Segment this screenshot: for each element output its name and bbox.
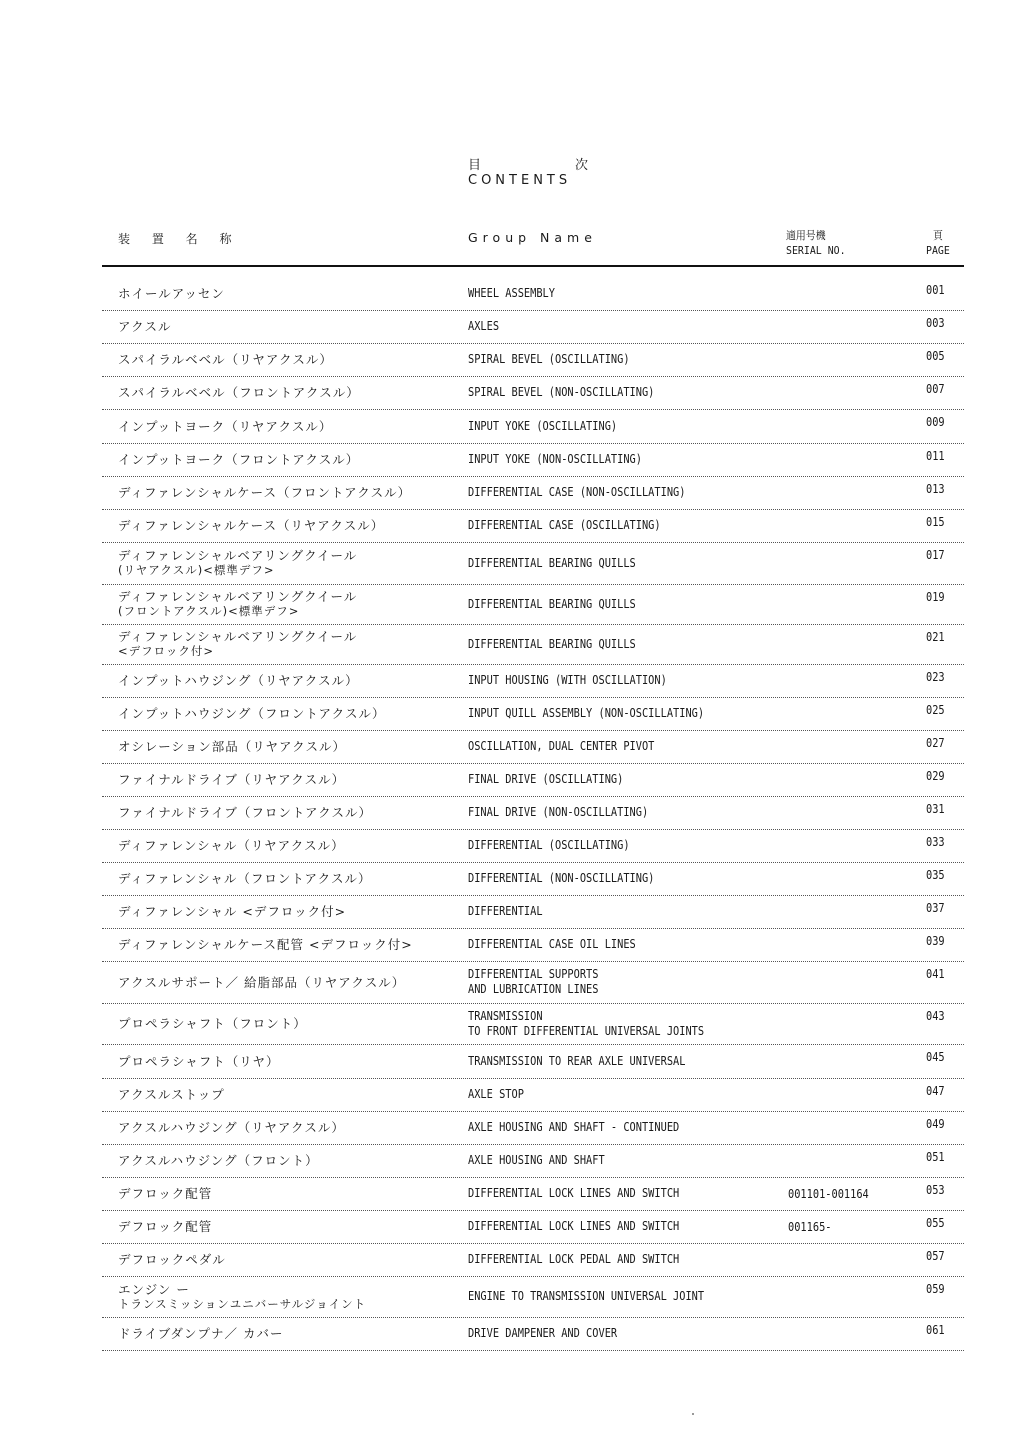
row-group-name: DIFFERENTIAL LOCK LINES AND SWITCH <box>468 1177 743 1210</box>
group-name-line1: INPUT HOUSING (WITH OSCILLATION) <box>468 673 743 688</box>
row-page-link[interactable]: 029 <box>926 763 952 796</box>
jp-name-line1: アクスルハウジング（フロント） <box>118 1153 458 1168</box>
row-serial-no <box>788 895 891 928</box>
row-japanese-name: オシレーション部品（リヤアクスル） <box>118 730 458 763</box>
table-row: エンジン ートランスミッションユニバーサルジョイントENGINE TO TRAN… <box>102 1276 964 1318</box>
row-japanese-name: ディファレンシャル（リヤアクスル） <box>118 829 458 862</box>
row-page-link[interactable]: 045 <box>926 1044 952 1078</box>
table-row: ディファレンシャル <デフロック付>DIFFERENTIAL037 <box>102 895 964 929</box>
row-japanese-name: ディファレンシャルケース配管 <デフロック付> <box>118 928 458 961</box>
table-row: インプットヨーク（フロントアクスル）INPUT YOKE (NON-OSCILL… <box>102 443 964 477</box>
table-row: ホイールアッセンWHEEL ASSEMBLY001 <box>102 277 964 311</box>
group-name-line1: TRANSMISSION TO REAR AXLE UNIVERSAL <box>468 1054 743 1069</box>
row-group-name: INPUT HOUSING (WITH OSCILLATION) <box>468 664 743 697</box>
table-row: ディファレンシャル（リヤアクスル）DIFFERENTIAL (OSCILLATI… <box>102 829 964 863</box>
table-row: スパイラルベベル（フロントアクスル）SPIRAL BEVEL (NON-OSCI… <box>102 376 964 410</box>
row-page-link[interactable]: 005 <box>926 343 952 376</box>
group-name-line1: DIFFERENTIAL LOCK PEDAL AND SWITCH <box>468 1252 743 1267</box>
group-name-line1: DIFFERENTIAL SUPPORTS <box>468 967 743 982</box>
row-page-link[interactable]: 025 <box>926 697 952 730</box>
table-row: インプットハウジング（リヤアクスル）INPUT HOUSING (WITH OS… <box>102 664 964 698</box>
row-group-name: WHEEL ASSEMBLY <box>468 277 743 310</box>
row-serial-no <box>788 1111 891 1144</box>
header-rule <box>102 265 964 267</box>
row-serial-no <box>788 476 891 509</box>
group-name-line1: ENGINE TO TRANSMISSION UNIVERSAL JOINT <box>468 1289 743 1304</box>
group-name-line1: TRANSMISSION <box>468 1009 743 1024</box>
group-name-line1: AXLE STOP <box>468 1087 743 1102</box>
table-row: プロペラシャフト（リヤ）TRANSMISSION TO REAR AXLE UN… <box>102 1044 964 1079</box>
jp-name-line1: ディファレンシャルケース（リヤアクスル） <box>118 518 458 533</box>
row-japanese-name: ファイナルドライブ（フロントアクスル） <box>118 796 458 829</box>
group-name-line1: DIFFERENTIAL BEARING QUILLS <box>468 597 743 612</box>
row-group-name: DIFFERENTIAL CASE (OSCILLATING) <box>468 509 743 542</box>
group-name-line1: DIFFERENTIAL LOCK LINES AND SWITCH <box>468 1186 743 1201</box>
table-row: プロペラシャフト（フロント）TRANSMISSIONTO FRONT DIFFE… <box>102 1003 964 1045</box>
row-group-name: DIFFERENTIAL (NON-OSCILLATING) <box>468 862 743 895</box>
row-page-link[interactable]: 039 <box>926 928 952 961</box>
jp-name-line1: デフロック配管 <box>118 1186 458 1201</box>
table-row: アクスルストップAXLE STOP047 <box>102 1078 964 1112</box>
jp-name-line1: エンジン ー <box>118 1282 458 1297</box>
row-group-name: AXLE HOUSING AND SHAFT <box>468 1144 743 1177</box>
table-row: ファイナルドライブ（リヤアクスル）FINAL DRIVE (OSCILLATIN… <box>102 763 964 797</box>
page-header-en: PAGE <box>926 243 950 258</box>
row-japanese-name: ディファレンシャルベアリングクイール(リヤアクスル)<標準デフ> <box>118 542 458 584</box>
jp-name-line1: ディファレンシャルベアリングクイール <box>118 589 458 604</box>
table-row: ディファレンシャルケース配管 <デフロック付>DIFFERENTIAL CASE… <box>102 928 964 962</box>
table-row: アクスルAXLES003 <box>102 310 964 344</box>
jp-name-line1: ディファレンシャルベアリングクイール <box>118 548 458 563</box>
table-row: デフロック配管DIFFERENTIAL LOCK LINES AND SWITC… <box>102 1210 964 1244</box>
group-name-line1: WHEEL ASSEMBLY <box>468 286 743 301</box>
row-page-link[interactable]: 051 <box>926 1144 952 1177</box>
row-page-link[interactable]: 001 <box>926 277 952 310</box>
table-row: アクスルハウジング（フロント）AXLE HOUSING AND SHAFT051 <box>102 1144 964 1178</box>
row-page-link[interactable]: 043 <box>926 1003 952 1044</box>
group-name-line2: AND LUBRICATION LINES <box>468 982 743 997</box>
row-page-link[interactable]: 015 <box>926 509 952 542</box>
row-serial-no <box>788 763 891 796</box>
row-serial-no <box>788 1276 891 1317</box>
jp-name-line1: アクスルサポート／ 給脂部品（リヤアクスル） <box>118 975 458 990</box>
group-name-line1: DIFFERENTIAL BEARING QUILLS <box>468 637 743 652</box>
row-group-name: DIFFERENTIAL (OSCILLATING) <box>468 829 743 862</box>
row-group-name: DIFFERENTIAL CASE (NON-OSCILLATING) <box>468 476 743 509</box>
title-jp-left: 目 <box>468 154 481 173</box>
group-name-line1: DRIVE DAMPENER AND COVER <box>468 1326 743 1341</box>
row-japanese-name: ディファレンシャルベアリングクイール<デフロック付> <box>118 624 458 664</box>
row-serial-no <box>788 409 891 443</box>
jp-name-line2: <デフロック付> <box>118 644 458 659</box>
jp-name-line1: ディファレンシャルケース（フロントアクスル） <box>118 485 458 500</box>
serial-header-en: SERIAL NO. <box>786 243 846 258</box>
row-page-link[interactable]: 041 <box>926 961 952 1003</box>
row-page-link[interactable]: 027 <box>926 730 952 763</box>
row-group-name: DIFFERENTIAL LOCK LINES AND SWITCH <box>468 1210 743 1243</box>
table-row: スパイラルベベル（リヤアクスル）SPIRAL BEVEL (OSCILLATIN… <box>102 343 964 377</box>
row-serial-no <box>788 1044 891 1078</box>
row-japanese-name: ディファレンシャルベアリングクイール(フロントアクスル)<標準デフ> <box>118 584 458 624</box>
row-japanese-name: デフロックペダル <box>118 1243 458 1276</box>
row-serial-no <box>788 862 891 895</box>
row-japanese-name: インプットヨーク（リヤアクスル） <box>118 409 458 443</box>
title-japanese: 目 次 <box>468 154 588 173</box>
jp-name-line1: ディファレンシャル（フロントアクスル） <box>118 871 458 886</box>
row-group-name: FINAL DRIVE (OSCILLATING) <box>468 763 743 796</box>
table-row: ドライブダンプナ／ カバーDRIVE DAMPENER AND COVER061 <box>102 1317 964 1351</box>
row-serial-no <box>788 829 891 862</box>
column-header-serial: 適用号機 SERIAL NO. <box>786 228 846 258</box>
row-japanese-name: アクスルハウジング（フロント） <box>118 1144 458 1177</box>
jp-name-line2: (リヤアクスル)<標準デフ> <box>118 563 458 578</box>
jp-name-line1: インプットハウジング（フロントアクスル） <box>118 706 458 721</box>
table-row: インプットハウジング（フロントアクスル）INPUT QUILL ASSEMBLY… <box>102 697 964 731</box>
table-row: オシレーション部品（リヤアクスル）OSCILLATION, DUAL CENTE… <box>102 730 964 764</box>
group-name-line1: SPIRAL BEVEL (NON-OSCILLATING) <box>468 385 743 400</box>
row-serial-no: 001165- <box>788 1210 891 1243</box>
row-page-link[interactable]: 047 <box>926 1078 952 1111</box>
row-serial-no <box>788 376 891 409</box>
table-row: アクスルサポート／ 給脂部品（リヤアクスル）DIFFERENTIAL SUPPO… <box>102 961 964 1004</box>
table-row: ファイナルドライブ（フロントアクスル）FINAL DRIVE (NON-OSCI… <box>102 796 964 830</box>
scan-speck <box>692 1413 694 1415</box>
table-row: インプットヨーク（リヤアクスル）INPUT YOKE (OSCILLATING)… <box>102 409 964 444</box>
table-row: デフロック配管DIFFERENTIAL LOCK LINES AND SWITC… <box>102 1177 964 1211</box>
row-japanese-name: ファイナルドライブ（リヤアクスル） <box>118 763 458 796</box>
table-row: ディファレンシャルケース（リヤアクスル）DIFFERENTIAL CASE (O… <box>102 509 964 543</box>
jp-name-line1: インプットハウジング（リヤアクスル） <box>118 673 458 688</box>
row-japanese-name: インプットハウジング（フロントアクスル） <box>118 697 458 730</box>
row-japanese-name: インプットヨーク（フロントアクスル） <box>118 443 458 476</box>
jp-name-line1: プロペラシャフト（リヤ） <box>118 1054 458 1069</box>
row-serial-no <box>788 664 891 697</box>
row-serial-no <box>788 542 891 584</box>
jp-name-line1: アクスルストップ <box>118 1087 458 1102</box>
row-group-name: AXLE HOUSING AND SHAFT - CONTINUED <box>468 1111 743 1144</box>
row-japanese-name: エンジン ートランスミッションユニバーサルジョイント <box>118 1276 458 1317</box>
row-group-name: OSCILLATION, DUAL CENTER PIVOT <box>468 730 743 763</box>
row-page-link[interactable]: 033 <box>926 829 952 862</box>
row-group-name: SPIRAL BEVEL (NON-OSCILLATING) <box>468 376 743 409</box>
row-page-link[interactable]: 019 <box>926 584 952 624</box>
group-name-line1: DIFFERENTIAL <box>468 904 743 919</box>
row-page-link[interactable]: 037 <box>926 895 952 928</box>
page-header-jp: 頁 <box>926 228 950 243</box>
row-japanese-name: アクスルストップ <box>118 1078 458 1111</box>
jp-name-line1: オシレーション部品（リヤアクスル） <box>118 739 458 754</box>
page-title: CONTENTS <box>468 173 571 188</box>
row-serial-no <box>788 928 891 961</box>
jp-name-line1: ディファレンシャル（リヤアクスル） <box>118 838 458 853</box>
group-name-line1: DIFFERENTIAL LOCK LINES AND SWITCH <box>468 1219 743 1234</box>
jp-name-line2: (フロントアクスル)<標準デフ> <box>118 604 458 619</box>
row-japanese-name: デフロック配管 <box>118 1177 458 1210</box>
row-group-name: INPUT YOKE (OSCILLATING) <box>468 409 743 443</box>
row-serial-no <box>788 961 891 1003</box>
jp-name-line1: ディファレンシャルケース配管 <デフロック付> <box>118 937 458 952</box>
group-name-line1: FINAL DRIVE (NON-OSCILLATING) <box>468 805 743 820</box>
row-group-name: DIFFERENTIAL SUPPORTSAND LUBRICATION LIN… <box>468 961 743 1003</box>
group-name-line2: TO FRONT DIFFERENTIAL UNIVERSAL JOINTS <box>468 1024 743 1039</box>
group-name-line1: SPIRAL BEVEL (OSCILLATING) <box>468 352 743 367</box>
row-group-name: DIFFERENTIAL BEARING QUILLS <box>468 542 743 584</box>
jp-name-line1: スパイラルベベル（フロントアクスル） <box>118 385 458 400</box>
jp-name-line1: ファイナルドライブ（フロントアクスル） <box>118 805 458 820</box>
row-group-name: TRANSMISSION TO REAR AXLE UNIVERSAL <box>468 1044 743 1078</box>
row-page-link[interactable]: 011 <box>926 443 952 476</box>
group-name-line1: AXLES <box>468 319 743 334</box>
table-row: ディファレンシャル（フロントアクスル）DIFFERENTIAL (NON-OSC… <box>102 862 964 896</box>
row-page-link[interactable]: 055 <box>926 1210 952 1243</box>
table-row: ディファレンシャルベアリングクイール(フロントアクスル)<標準デフ>DIFFER… <box>102 584 964 625</box>
table-row: デフロックペダルDIFFERENTIAL LOCK PEDAL AND SWIT… <box>102 1243 964 1277</box>
table-row: ディファレンシャルベアリングクイール<デフロック付>DIFFERENTIAL B… <box>102 624 964 665</box>
jp-name-line1: ディファレンシャル <デフロック付> <box>118 904 458 919</box>
row-serial-no: 001101-001164 <box>788 1177 891 1210</box>
row-page-link[interactable]: 007 <box>926 376 952 409</box>
row-japanese-name: スパイラルベベル（フロントアクスル） <box>118 376 458 409</box>
row-japanese-name: ドライブダンプナ／ カバー <box>118 1317 458 1350</box>
row-serial-no <box>788 796 891 829</box>
row-serial-no <box>788 343 891 376</box>
row-group-name: ENGINE TO TRANSMISSION UNIVERSAL JOINT <box>468 1276 743 1317</box>
column-header-page: 頁 PAGE <box>926 228 950 258</box>
row-page-link[interactable]: 023 <box>926 664 952 697</box>
jp-name-line1: アクスルハウジング（リヤアクスル） <box>118 1120 458 1135</box>
row-group-name: FINAL DRIVE (NON-OSCILLATING) <box>468 796 743 829</box>
row-page-link[interactable]: 061 <box>926 1317 952 1350</box>
row-page-link[interactable]: 059 <box>926 1276 952 1317</box>
jp-name-line2: トランスミッションユニバーサルジョイント <box>118 1297 458 1312</box>
row-page-link[interactable]: 035 <box>926 862 952 895</box>
row-group-name: DRIVE DAMPENER AND COVER <box>468 1317 743 1350</box>
row-group-name: DIFFERENTIAL <box>468 895 743 928</box>
row-group-name: AXLE STOP <box>468 1078 743 1111</box>
row-group-name: INPUT YOKE (NON-OSCILLATING) <box>468 443 743 476</box>
row-group-name: DIFFERENTIAL BEARING QUILLS <box>468 584 743 624</box>
row-page-link[interactable]: 031 <box>926 796 952 829</box>
column-header-jp-name: 装 置 名 称 <box>118 230 240 247</box>
group-name-line1: DIFFERENTIAL CASE (NON-OSCILLATING) <box>468 485 743 500</box>
row-group-name: DIFFERENTIAL LOCK PEDAL AND SWITCH <box>468 1243 743 1276</box>
row-serial-no <box>788 1144 891 1177</box>
row-serial-no <box>788 730 891 763</box>
row-serial-no <box>788 584 891 624</box>
row-japanese-name: ディファレンシャル（フロントアクスル） <box>118 862 458 895</box>
jp-name-line1: ホイールアッセン <box>118 286 458 301</box>
row-page-link[interactable]: 013 <box>926 476 952 509</box>
row-japanese-name: インプットハウジング（リヤアクスル） <box>118 664 458 697</box>
row-japanese-name: ホイールアッセン <box>118 277 458 310</box>
row-japanese-name: スパイラルベベル（リヤアクスル） <box>118 343 458 376</box>
group-name-line1: OSCILLATION, DUAL CENTER PIVOT <box>468 739 743 754</box>
row-page-link[interactable]: 057 <box>926 1243 952 1276</box>
group-name-line1: FINAL DRIVE (OSCILLATING) <box>468 772 743 787</box>
jp-name-line1: プロペラシャフト（フロント） <box>118 1016 458 1031</box>
row-serial-no <box>788 1078 891 1111</box>
jp-name-line1: アクスル <box>118 319 458 334</box>
row-japanese-name: ディファレンシャルケース（フロントアクスル） <box>118 476 458 509</box>
group-name-line1: DIFFERENTIAL (NON-OSCILLATING) <box>468 871 743 886</box>
row-japanese-name: プロペラシャフト（フロント） <box>118 1003 458 1044</box>
row-page-link[interactable]: 003 <box>926 310 952 343</box>
row-japanese-name: ディファレンシャルケース（リヤアクスル） <box>118 509 458 542</box>
group-name-line1: INPUT QUILL ASSEMBLY (NON-OSCILLATING) <box>468 706 743 721</box>
row-serial-no <box>788 277 891 310</box>
jp-name-line1: デフロック配管 <box>118 1219 458 1234</box>
row-page-link[interactable]: 009 <box>926 409 952 443</box>
group-name-line1: INPUT YOKE (OSCILLATING) <box>468 419 743 434</box>
group-name-line1: DIFFERENTIAL BEARING QUILLS <box>468 556 743 571</box>
row-japanese-name: ディファレンシャル <デフロック付> <box>118 895 458 928</box>
table-row: ディファレンシャルベアリングクイール(リヤアクスル)<標準デフ>DIFFEREN… <box>102 542 964 585</box>
row-serial-no <box>788 443 891 476</box>
serial-header-jp: 適用号機 <box>786 228 846 243</box>
row-page-link[interactable]: 021 <box>926 624 952 664</box>
jp-name-line1: ドライブダンプナ／ カバー <box>118 1326 458 1341</box>
row-serial-no <box>788 1243 891 1276</box>
row-group-name: AXLES <box>468 310 743 343</box>
jp-name-line1: ディファレンシャルベアリングクイール <box>118 629 458 644</box>
group-name-line1: AXLE HOUSING AND SHAFT <box>468 1153 743 1168</box>
jp-name-line1: デフロックペダル <box>118 1252 458 1267</box>
row-group-name: INPUT QUILL ASSEMBLY (NON-OSCILLATING) <box>468 697 743 730</box>
group-name-line1: DIFFERENTIAL (OSCILLATING) <box>468 838 743 853</box>
row-serial-no <box>788 697 891 730</box>
row-japanese-name: アクスルサポート／ 給脂部品（リヤアクスル） <box>118 961 458 1003</box>
row-japanese-name: デフロック配管 <box>118 1210 458 1243</box>
row-page-link[interactable]: 049 <box>926 1111 952 1144</box>
jp-name-line1: ファイナルドライブ（リヤアクスル） <box>118 772 458 787</box>
table-row: アクスルハウジング（リヤアクスル）AXLE HOUSING AND SHAFT … <box>102 1111 964 1145</box>
group-name-line1: AXLE HOUSING AND SHAFT - CONTINUED <box>468 1120 743 1135</box>
table-row: ディファレンシャルケース（フロントアクスル）DIFFERENTIAL CASE … <box>102 476 964 510</box>
title-jp-right: 次 <box>575 154 588 173</box>
row-japanese-name: アクスル <box>118 310 458 343</box>
group-name-line1: DIFFERENTIAL CASE OIL LINES <box>468 937 743 952</box>
row-page-link[interactable]: 017 <box>926 542 952 584</box>
jp-name-line1: インプットヨーク（リヤアクスル） <box>118 419 458 434</box>
row-japanese-name: プロペラシャフト（リヤ） <box>118 1044 458 1078</box>
column-header-group-name: Group Name <box>468 230 597 245</box>
jp-name-line1: スパイラルベベル（リヤアクスル） <box>118 352 458 367</box>
row-serial-no <box>788 310 891 343</box>
row-serial-no <box>788 624 891 664</box>
group-name-line1: INPUT YOKE (NON-OSCILLATING) <box>468 452 743 467</box>
row-serial-no <box>788 509 891 542</box>
row-serial-no <box>788 1317 891 1350</box>
row-group-name: DIFFERENTIAL BEARING QUILLS <box>468 624 743 664</box>
jp-name-line1: インプットヨーク（フロントアクスル） <box>118 452 458 467</box>
row-group-name: DIFFERENTIAL CASE OIL LINES <box>468 928 743 961</box>
row-serial-no <box>788 1003 891 1044</box>
row-page-link[interactable]: 053 <box>926 1177 952 1210</box>
row-group-name: TRANSMISSIONTO FRONT DIFFERENTIAL UNIVER… <box>468 1003 743 1044</box>
row-group-name: SPIRAL BEVEL (OSCILLATING) <box>468 343 743 376</box>
group-name-line1: DIFFERENTIAL CASE (OSCILLATING) <box>468 518 743 533</box>
row-japanese-name: アクスルハウジング（リヤアクスル） <box>118 1111 458 1144</box>
